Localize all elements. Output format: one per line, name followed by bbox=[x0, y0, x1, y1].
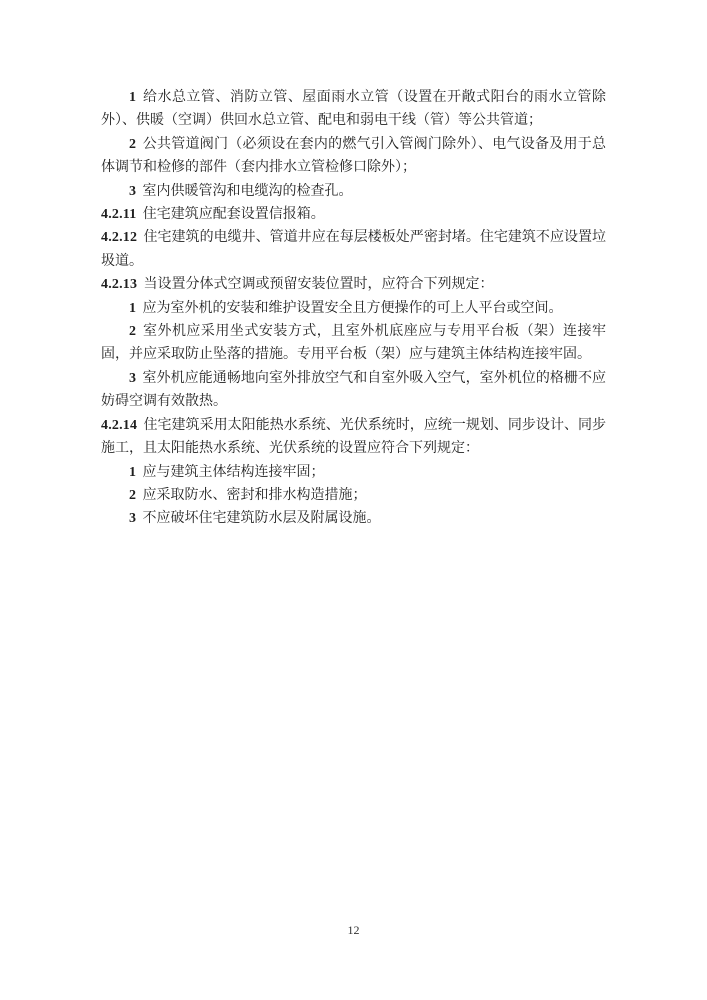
list-item: 3不应破坏住宅建筑防水层及附属设施。 bbox=[101, 507, 606, 530]
clause-text: 住宅建筑的电缆井、管道井应在每层楼板处严密封堵。住宅建筑不应设置垃圾道。 bbox=[101, 230, 606, 268]
list-item: 2室外机应采用坐式安装方式，且室外机底座应与专用平台板（架）连接牢固，并应采取防… bbox=[101, 320, 606, 367]
item-number: 1 bbox=[129, 465, 136, 480]
list-item: 2应采取防水、密封和排水构造措施； bbox=[101, 484, 606, 507]
clause-number: 4.2.12 bbox=[101, 230, 137, 245]
clause: 4.2.12住宅建筑的电缆井、管道井应在每层楼板处严密封堵。住宅建筑不应设置垃圾… bbox=[101, 226, 606, 273]
page-footer: 12 bbox=[0, 922, 707, 938]
item-text: 室外机应能通畅地向室外排放空气和自室外吸入空气，室外机位的格栅不应妨碍空调有效散… bbox=[101, 371, 606, 409]
item-text: 室外机应采用坐式安装方式，且室外机底座应与专用平台板（架）连接牢固，并应采取防止… bbox=[101, 324, 606, 362]
clause-number: 4.2.14 bbox=[101, 418, 137, 433]
clause: 4.2.11住宅建筑应配套设置信报箱。 bbox=[101, 203, 606, 226]
list-item: 3室内供暖管沟和电缆沟的检查孔。 bbox=[101, 180, 606, 203]
item-text: 公共管道阀门（必须设在套内的燃气引入管阀门除外）、电气设备及用于总体调节和检修的… bbox=[101, 137, 606, 175]
clause-text: 住宅建筑采用太阳能热水系统、光伏系统时，应统一规划、同步设计、同步施工，且太阳能… bbox=[101, 418, 606, 456]
item-number: 3 bbox=[129, 184, 136, 199]
item-text: 给水总立管、消防立管、屋面雨水立管（设置在开敞式阳台的雨水立管除外）、供暖（空调… bbox=[101, 90, 606, 128]
item-number: 1 bbox=[129, 301, 136, 316]
list-item: 3室外机应能通畅地向室外排放空气和自室外吸入空气，室外机位的格栅不应妨碍空调有效… bbox=[101, 367, 606, 414]
list-item: 1给水总立管、消防立管、屋面雨水立管（设置在开敞式阳台的雨水立管除外）、供暖（空… bbox=[101, 86, 606, 133]
item-number: 3 bbox=[129, 511, 136, 526]
document-page: 1给水总立管、消防立管、屋面雨水立管（设置在开敞式阳台的雨水立管除外）、供暖（空… bbox=[0, 0, 707, 1000]
item-number: 2 bbox=[129, 137, 136, 152]
item-text: 应采取防水、密封和排水构造措施； bbox=[143, 488, 367, 503]
item-number: 1 bbox=[129, 90, 136, 105]
list-item: 2公共管道阀门（必须设在套内的燃气引入管阀门除外）、电气设备及用于总体调节和检修… bbox=[101, 133, 606, 180]
clause: 4.2.14住宅建筑采用太阳能热水系统、光伏系统时，应统一规划、同步设计、同步施… bbox=[101, 414, 606, 461]
clause-text: 住宅建筑应配套设置信报箱。 bbox=[143, 207, 325, 222]
clause: 4.2.13当设置分体式空调或预留安装位置时，应符合下列规定： bbox=[101, 273, 606, 296]
item-text: 室内供暖管沟和电缆沟的检查孔。 bbox=[143, 184, 353, 199]
clause-number: 4.2.11 bbox=[101, 207, 136, 222]
list-item: 1应与建筑主体结构连接牢固； bbox=[101, 461, 606, 484]
item-number: 2 bbox=[129, 324, 136, 339]
page-content: 1给水总立管、消防立管、屋面雨水立管（设置在开敞式阳台的雨水立管除外）、供暖（空… bbox=[101, 86, 606, 531]
item-number: 3 bbox=[129, 371, 136, 386]
clause-number: 4.2.13 bbox=[101, 277, 137, 292]
item-text: 不应破坏住宅建筑防水层及附属设施。 bbox=[143, 511, 381, 526]
item-text: 应为室外机的安装和维护设置安全且方便操作的可上人平台或空间。 bbox=[143, 301, 563, 316]
list-item: 1应为室外机的安装和维护设置安全且方便操作的可上人平台或空间。 bbox=[101, 297, 606, 320]
item-number: 2 bbox=[129, 488, 136, 503]
item-text: 应与建筑主体结构连接牢固； bbox=[143, 465, 325, 480]
page-number: 12 bbox=[348, 923, 360, 937]
clause-text: 当设置分体式空调或预留安装位置时，应符合下列规定： bbox=[144, 277, 494, 292]
